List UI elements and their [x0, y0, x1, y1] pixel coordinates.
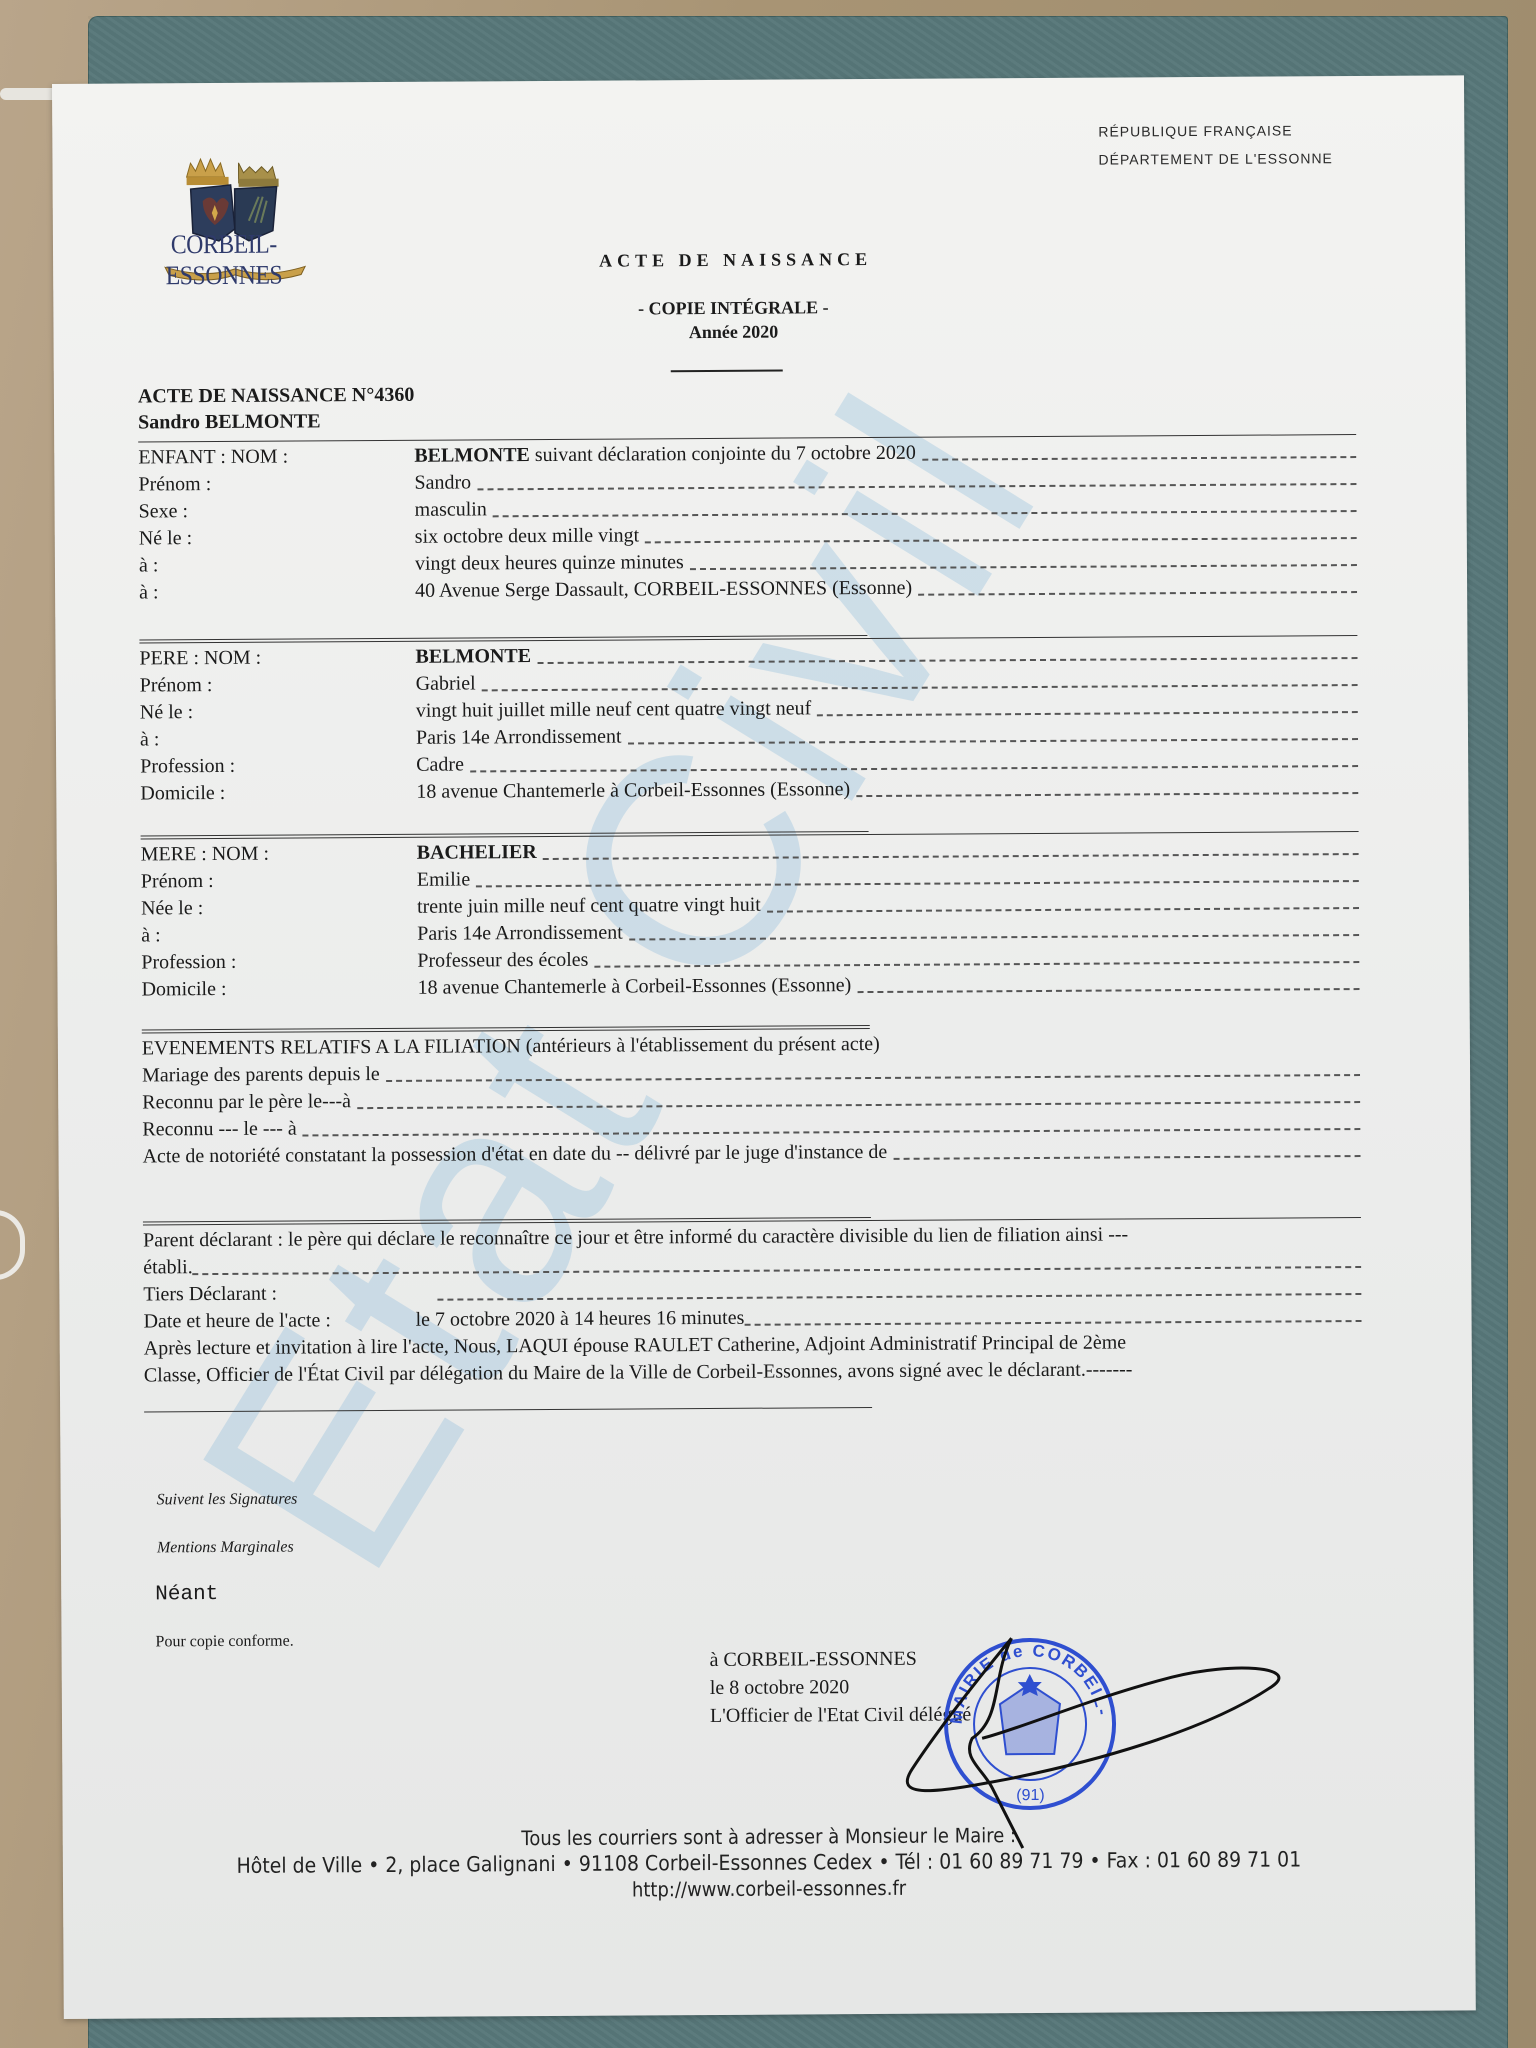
dash-fill	[386, 1064, 1360, 1082]
field-label: Profession :	[140, 752, 416, 781]
field-label: Prénom :	[140, 671, 416, 700]
filiation-text: Reconnu par le père le---à	[142, 1088, 351, 1116]
field-label: Profession :	[141, 948, 417, 977]
section-enfant: ENFANT : NOM :BELMONTE suivant déclarati…	[138, 434, 1357, 606]
section-filiation: EVENEMENTS RELATIFS A LA FILIATION (anté…	[142, 1022, 1361, 1170]
field-value: Gabriel	[416, 670, 476, 697]
field-value-text: 40 Avenue Serge Dassault, CORBEIL-ESSONN…	[415, 577, 912, 602]
field-value-text: 18 avenue Chantemerle à Corbeil-Essonnes…	[417, 974, 851, 999]
title-divider	[671, 370, 783, 373]
section-pere: PERE : NOM :BELMONTEPrénom :GabrielNé le…	[139, 632, 1358, 807]
dash-fill	[537, 647, 1357, 664]
tiers-declarant-label: Tiers Déclarant :	[143, 1280, 431, 1309]
dash-fill	[193, 1256, 1362, 1275]
field-value-surname: BELMONTE	[415, 645, 531, 668]
field-value-text: vingt deux heures quinze minutes	[415, 551, 684, 575]
field-value-text: Emilie	[417, 868, 470, 890]
field-value: BELMONTE	[415, 643, 531, 671]
dash-fill	[437, 1283, 1361, 1301]
dash-fill	[918, 581, 1357, 596]
cable-loop	[0, 1210, 25, 1280]
certified-copy-note: Pour copie conforme.	[155, 1633, 293, 1652]
field-value: Emilie	[417, 866, 470, 893]
field-value: vingt huit juillet mille neuf cent quatr…	[416, 695, 812, 724]
dash-fill	[303, 1118, 1361, 1136]
field-value-text: six octobre deux mille vingt	[415, 524, 640, 547]
dash-fill	[628, 728, 1359, 744]
marginal-mentions-label: Mentions Marginales	[157, 1539, 294, 1558]
dash-fill	[857, 978, 1359, 993]
field-value-text: masculin	[415, 498, 487, 520]
dash-fill	[922, 446, 1356, 461]
dash-fill	[470, 755, 1358, 772]
field-value: Paris 14e Arrondissement	[416, 724, 622, 752]
field-value-text: Gabriel	[416, 672, 476, 694]
signatures-note: Suivent les Signatures	[157, 1491, 298, 1510]
field-label: Domicile :	[141, 975, 417, 1004]
dash-fill	[767, 897, 1359, 913]
dash-fill	[476, 870, 1359, 887]
dash-fill	[690, 554, 1357, 570]
dash-fill	[629, 924, 1360, 940]
field-value: 18 avenue Chantemerle à Corbeil-Essonnes…	[417, 972, 851, 1002]
field-value: 40 Avenue Serge Dassault, CORBEIL-ESSONN…	[415, 575, 912, 605]
field-label: à :	[140, 725, 416, 754]
cable	[0, 88, 58, 100]
etabli-text: établi.	[143, 1254, 193, 1281]
field-label: Né le :	[140, 698, 416, 727]
field-value: BACHELIER	[417, 839, 537, 867]
dash-fill	[893, 1145, 1360, 1160]
field-label: Sexe :	[139, 497, 415, 526]
field-value-text: Cadre	[416, 753, 464, 775]
republic-header: RÉPUBLIQUE FRANÇAISE DÉPARTEMENT DE L'ES…	[1098, 116, 1333, 173]
field-label: PERE : NOM :	[139, 644, 415, 673]
department-label: DÉPARTEMENT DE L'ESSONNE	[1098, 144, 1333, 173]
field-value: Cadre	[416, 751, 464, 778]
field-value: Professeur des écoles	[417, 947, 588, 975]
dash-fill	[482, 674, 1358, 691]
section-mere: MERE : NOM :BACHELIERPrénom :EmilieNée l…	[141, 828, 1360, 1003]
dash-fill	[543, 843, 1359, 860]
field-label: Prénom :	[141, 867, 417, 896]
republic-label: RÉPUBLIQUE FRANÇAISE	[1098, 116, 1333, 145]
field-value: 18 avenue Chantemerle à Corbeil-Essonnes…	[416, 776, 850, 806]
field-label: Né le :	[139, 524, 415, 553]
section-rule	[144, 1407, 872, 1412]
document-subtitle: - COPIE INTÉGRALE - Année 2020	[53, 292, 1413, 348]
field-value: trente juin mille neuf cent quatre vingt…	[417, 892, 761, 921]
dash-fill	[645, 527, 1357, 543]
field-value-text: trente juin mille neuf cent quatre vingt…	[417, 894, 761, 918]
field-label: MERE : NOM :	[141, 840, 417, 869]
field-label: Domicile :	[140, 779, 416, 808]
dash-fill	[477, 473, 1356, 490]
dash-fill	[357, 1091, 1360, 1109]
dash-fill	[856, 782, 1358, 797]
date-acte-label: Date et heure de l'acte :	[143, 1307, 415, 1336]
marginal-mentions-value: Néant	[155, 1583, 218, 1606]
field-value: six octobre deux mille vingt	[415, 522, 640, 550]
field-label: ENFANT : NOM :	[138, 443, 414, 472]
dash-fill	[817, 701, 1358, 716]
act-number: ACTE DE NAISSANCE N°4360	[138, 382, 415, 410]
date-acte-value: le 7 octobre 2020 à 14 heures 16 minutes	[415, 1305, 744, 1334]
filiation-text: Reconnu --- le --- à	[142, 1116, 297, 1144]
field-label: Née le :	[141, 894, 417, 923]
field-label: à :	[139, 578, 415, 607]
field-value-text: Paris 14e Arrondissement	[416, 726, 622, 749]
field-value: BELMONTE suivant déclaration conjointe d…	[414, 440, 916, 470]
page-footer: Tous les courriers sont à adresser à Mon…	[133, 1820, 1404, 1906]
field-value-text: Paris 14e Arrondissement	[417, 922, 623, 945]
field-value-text: 18 avenue Chantemerle à Corbeil-Essonnes…	[416, 778, 850, 803]
field-label: Prénom :	[138, 470, 414, 499]
field-value-text: Sandro	[414, 471, 471, 493]
filiation-text: Mariage des parents depuis le	[142, 1061, 380, 1089]
filiation-text: Acte de notoriété constatant la possessi…	[142, 1139, 887, 1171]
field-value: masculin	[415, 496, 487, 523]
field-label: à :	[139, 551, 415, 580]
field-value-text: suivant déclaration conjointe du 7 octob…	[530, 442, 916, 466]
section-declaration: Parent déclarant : le père qui déclare l…	[143, 1214, 1362, 1414]
field-value-surname: BACHELIER	[417, 841, 537, 864]
field-label: à :	[141, 921, 417, 950]
field-value-text: vingt huit juillet mille neuf cent quatr…	[416, 697, 812, 721]
act-identifier: ACTE DE NAISSANCE N°4360 Sandro BELMONTE	[138, 382, 415, 436]
dash-fill	[493, 500, 1357, 517]
birth-certificate-document: Etat Civil RÉPUBLIQUE FRANÇAISE DÉPARTEM…	[52, 75, 1476, 2019]
dash-fill	[594, 951, 1359, 968]
act-name: Sandro BELMONTE	[138, 408, 415, 436]
field-value-surname: BELMONTE	[414, 444, 530, 467]
field-value-text: Professeur des écoles	[417, 949, 588, 972]
field-value: Sandro	[414, 469, 471, 496]
field-value: Paris 14e Arrondissement	[417, 920, 623, 948]
field-value: vingt deux heures quinze minutes	[415, 549, 684, 578]
dash-fill	[744, 1310, 1361, 1326]
